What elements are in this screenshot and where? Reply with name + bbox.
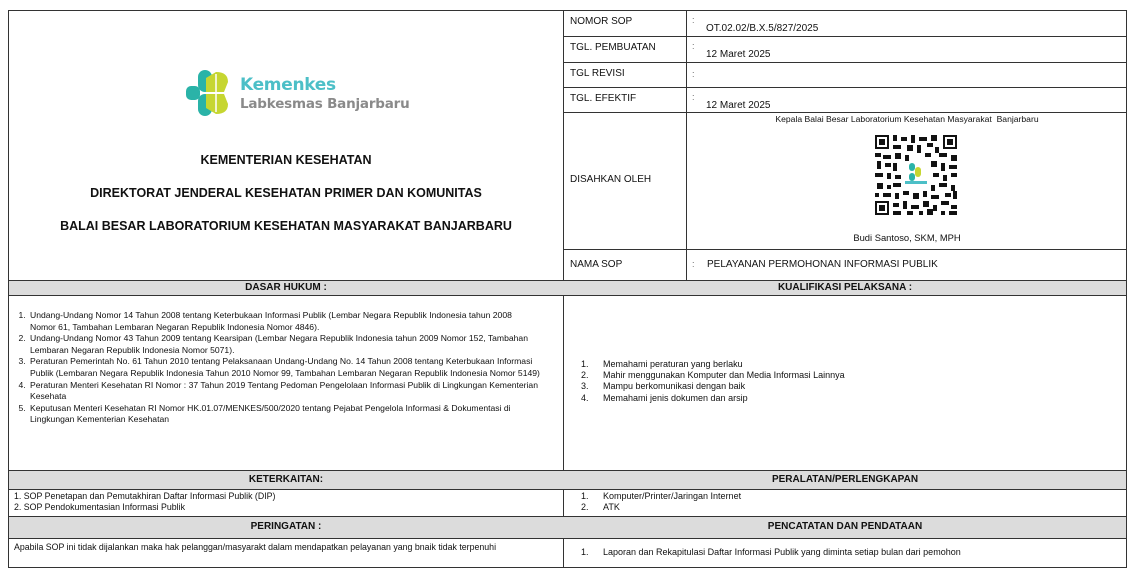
nama-sop-label: NAMA SOP xyxy=(564,259,622,270)
list-item: 2. SOP Pendokumentasian Informasi Publik xyxy=(14,502,275,513)
legal-item: Undang-Undang Nomor 14 Tahun 2008 tentan… xyxy=(28,310,540,333)
dasar-hukum-list: Undang-Undang Nomor 14 Tahun 2008 tentan… xyxy=(10,310,540,426)
colon: : xyxy=(692,259,695,269)
qr-code-icon xyxy=(873,133,959,217)
colon: : xyxy=(692,15,695,25)
list-item: 3.Mampu berkomunikasi dengan baik xyxy=(581,381,1101,392)
colon: : xyxy=(692,69,695,79)
approval-block: Kepala Balai Besar Laboratorium Kesehata… xyxy=(687,113,1127,249)
kemenkes-logo-icon xyxy=(184,68,234,118)
directorate-title: DIREKTORAT JENDERAL KESEHATAN PRIMER DAN… xyxy=(9,186,563,200)
list-item: 2.ATK xyxy=(581,502,741,513)
legal-item: Undang-Undang Nomor 43 Tahun 2009 tentan… xyxy=(28,333,540,356)
peralatan-title: PERALATAN/PERLENGKAPAN xyxy=(564,472,1126,488)
keterkaitan-title: KETERKAITAN: xyxy=(9,472,563,488)
keterkaitan-list: 1. SOP Penetapan dan Pemutakhiran Daftar… xyxy=(14,491,275,513)
nama-sop-value: PELAYANAN PERMOHONAN INFORMASI PUBLIK xyxy=(707,259,938,270)
kualifikasi-title: KUALIFIKASI PELAKSANA : xyxy=(564,280,1126,296)
logo-subtitle: Labkesmas Banjarbaru xyxy=(240,96,410,112)
logo-brand: Kemenkes xyxy=(240,75,336,95)
pencatatan-title: PENCATATAN DAN PENDATAAN xyxy=(564,519,1126,535)
peralatan-list: 1.Komputer/Printer/Jaringan Internet 2.A… xyxy=(581,491,741,513)
list-item: 2.Mahir menggunakan Komputer dan Media I… xyxy=(581,370,1101,381)
nomor-sop-value: OT.02.02/B.X.5/827/2025 xyxy=(706,23,818,34)
legal-item: Peraturan Menteri Kesehatan RI Nomor : 3… xyxy=(28,380,540,403)
approver-position: Kepala Balai Besar Laboratorium Kesehata… xyxy=(687,114,1127,124)
tgl-revisi-label: TGL REVISI xyxy=(564,68,625,79)
list-item: 1.Memahami peraturan yang berlaku xyxy=(581,359,1101,370)
peringatan-text: Apabila SOP ini tidak dijalankan maka ha… xyxy=(14,541,514,553)
row-divider xyxy=(563,62,1127,63)
legal-item: Peraturan Pemerintah No. 61 Tahun 2010 t… xyxy=(28,356,540,379)
dasar-hukum-title: DASAR HUKUM : xyxy=(9,280,563,296)
list-item: 4.Memahami jenis dokumen dan arsip xyxy=(581,393,1101,404)
tgl-pembuatan-value: 12 Maret 2025 xyxy=(706,49,771,60)
row-divider xyxy=(563,87,1127,88)
list-item: 1.Komputer/Printer/Jaringan Internet xyxy=(581,491,741,502)
tgl-efektif-label: TGL. EFEKTIF xyxy=(564,93,636,104)
legal-item: Keputusan Menteri Kesehatan RI Nomor HK.… xyxy=(28,403,540,426)
row-divider xyxy=(563,36,1127,37)
pencatatan-list: 1.Laporan dan Rekapitulasi Daftar Inform… xyxy=(581,547,961,558)
tgl-efektif-value: 12 Maret 2025 xyxy=(706,100,771,111)
kemenkes-logo: Kemenkes Labkesmas Banjarbaru xyxy=(184,68,404,118)
peringatan-title: PERINGATAN : xyxy=(9,519,563,535)
colon: : xyxy=(692,41,695,51)
approver-name: Budi Santoso, SKM, MPH xyxy=(687,232,1127,243)
row-divider xyxy=(563,249,1127,250)
tgl-pembuatan-label: TGL. PEMBUATAN xyxy=(564,42,656,53)
list-item: 1. SOP Penetapan dan Pemutakhiran Daftar… xyxy=(14,491,275,502)
nomor-sop-label: NOMOR SOP xyxy=(564,16,632,27)
institution-title: BALAI BESAR LABORATORIUM KESEHATAN MASYA… xyxy=(9,219,563,233)
disahkan-oleh-label: DISAHKAN OLEH xyxy=(564,174,651,185)
kualifikasi-list: 1.Memahami peraturan yang berlaku 2.Mahi… xyxy=(581,359,1101,404)
header-left: Kemenkes Labkesmas Banjarbaru KEMENTERIA… xyxy=(9,11,563,280)
colon: : xyxy=(692,92,695,102)
ministry-title: KEMENTERIAN KESEHATAN xyxy=(9,153,563,167)
list-item: 1.Laporan dan Rekapitulasi Daftar Inform… xyxy=(581,547,961,558)
